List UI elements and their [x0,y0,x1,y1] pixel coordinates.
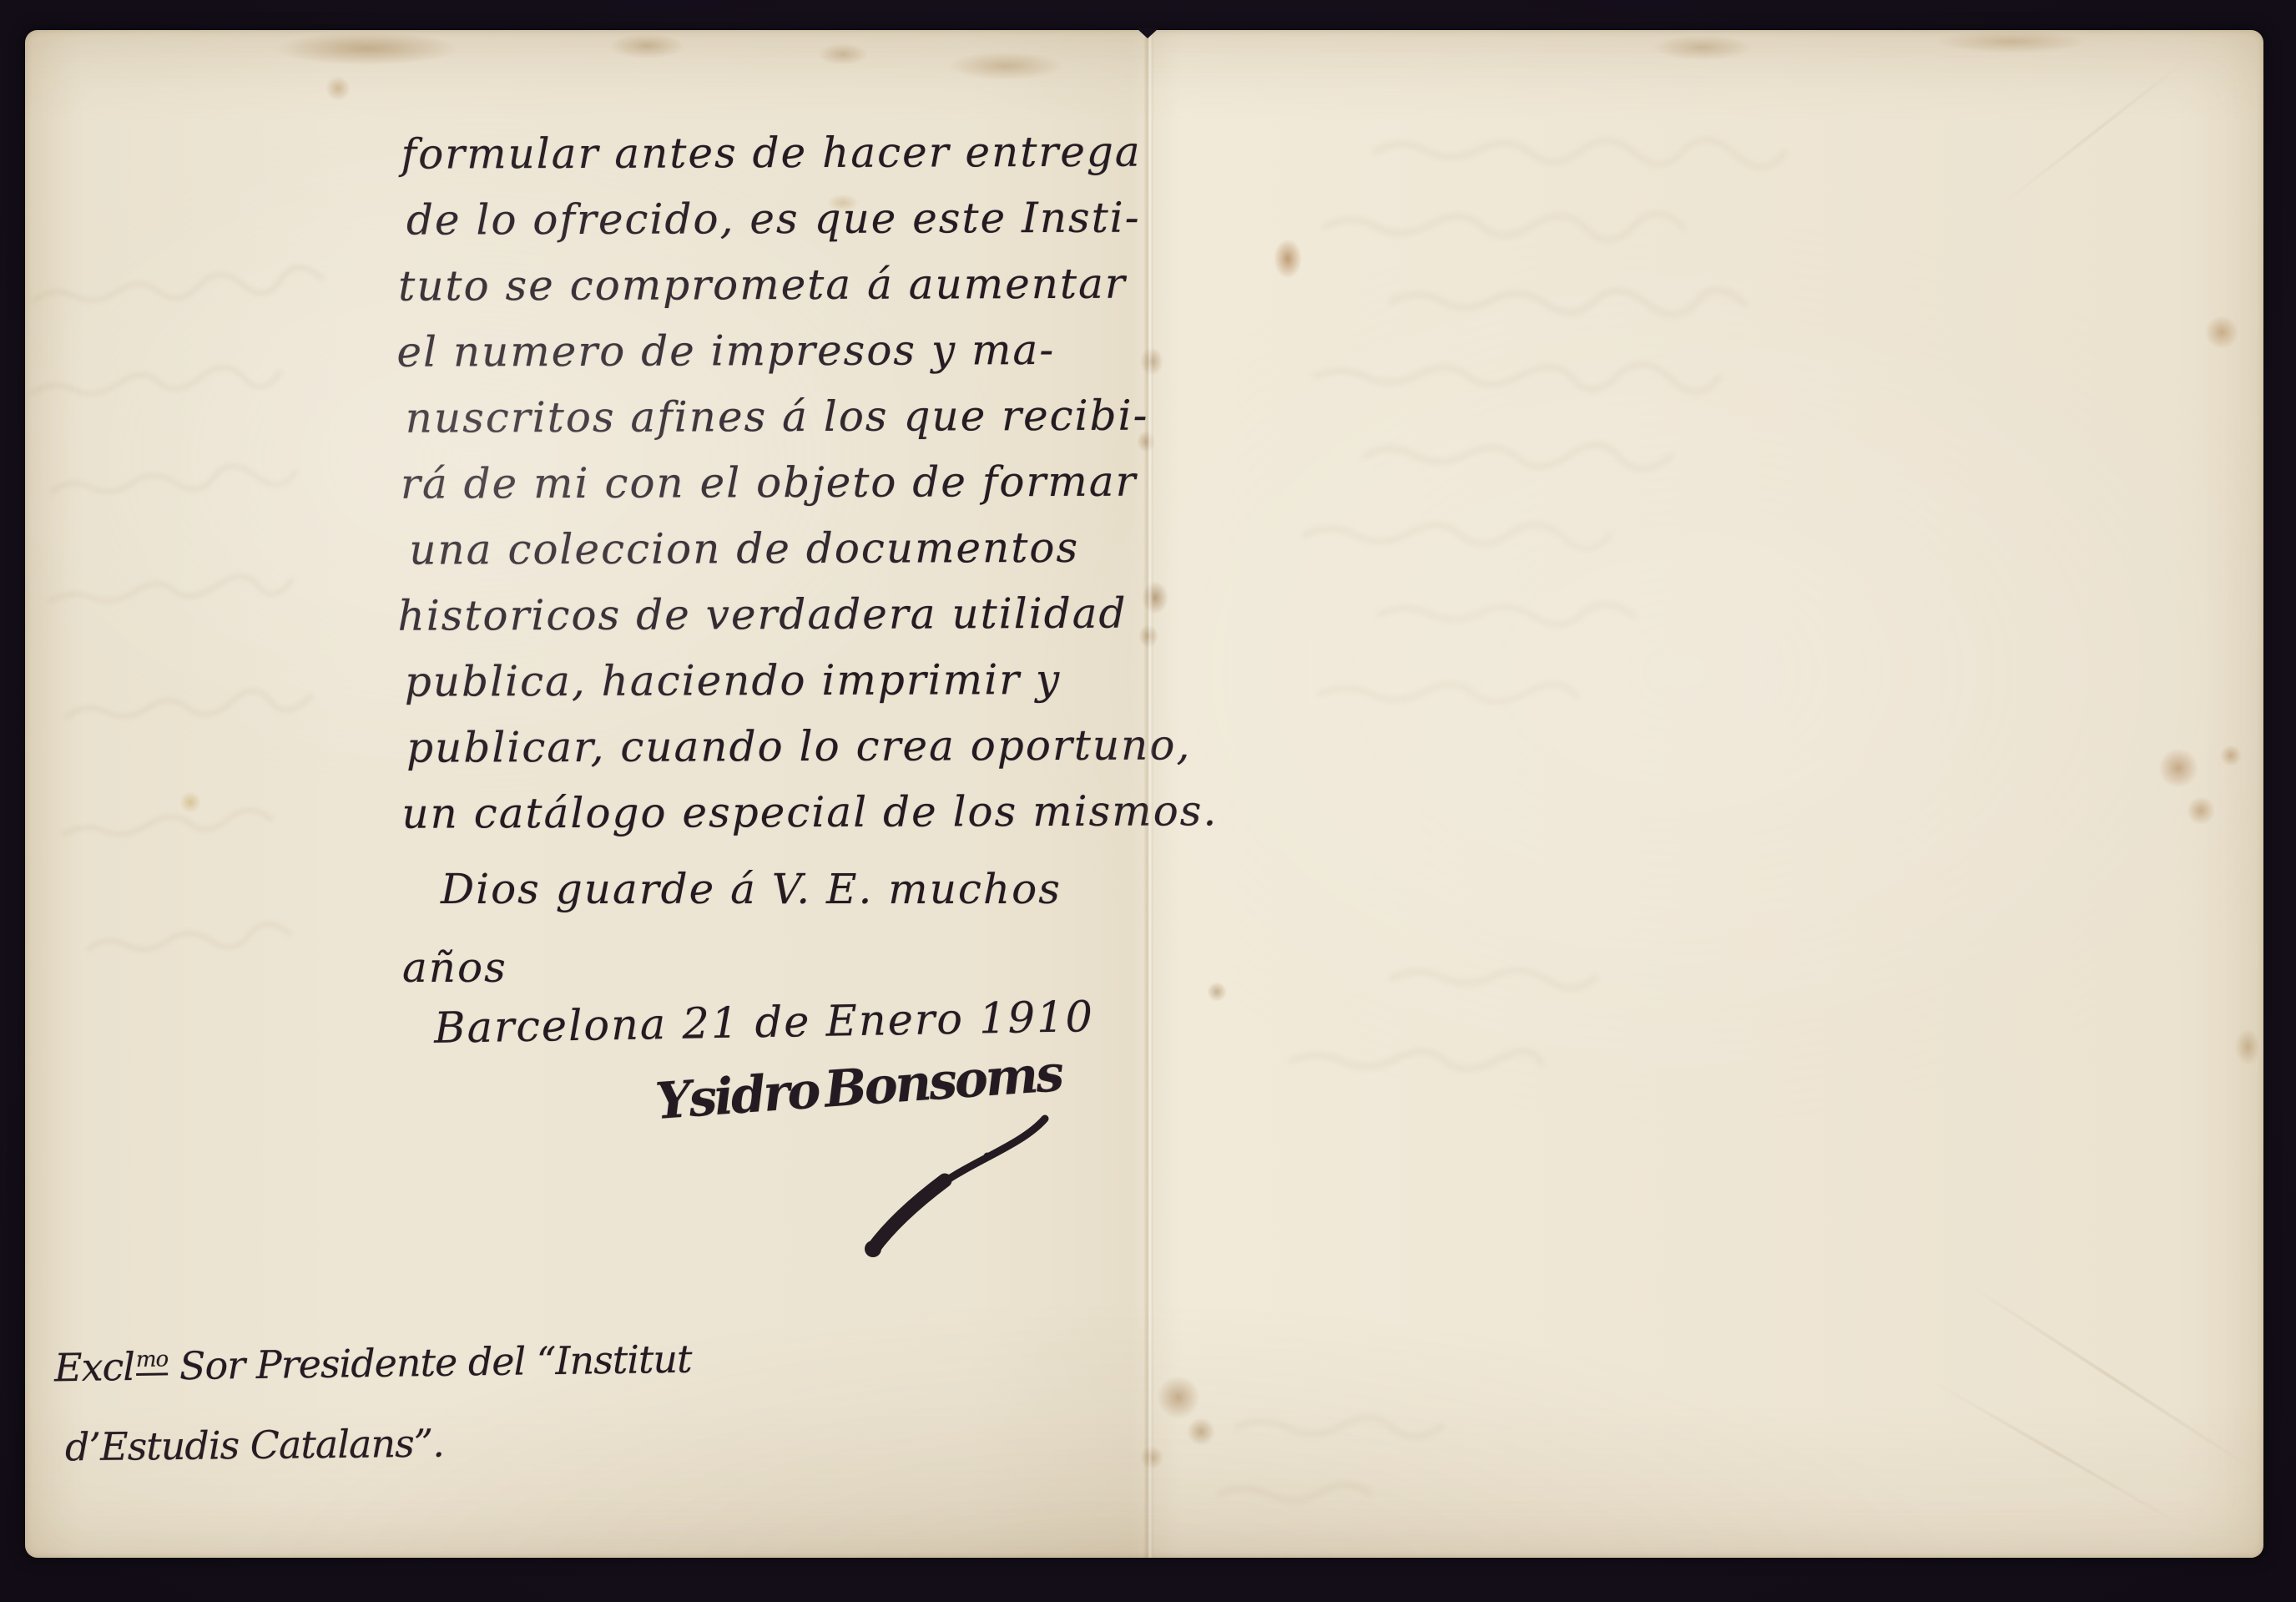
foxing-stain [2235,1028,2260,1065]
foxing-stain [275,32,459,65]
show-through-writing-right [1186,74,2253,1554]
foxing-stain [947,52,1064,80]
letter-sheet: formular antes de hacer entrega de lo of… [25,30,2263,1558]
foxing-stain [325,76,351,101]
foxing-stain [818,43,868,65]
fold-crease [1143,30,1153,1558]
foxing-stain [1936,30,2087,53]
foxing-stain [1653,35,1753,60]
letter-line: de lo ofrecido, es que este Insti- [406,184,1216,253]
paper-crease [1996,53,2195,210]
foxing-stain [1187,1418,1215,1446]
valediction-line: Dios guarde á V. E. muchos [441,865,1062,913]
letter-line: nuscritos afines á los que recibi- [406,382,1217,451]
addressee-line-2: d’Estudis Catalans”. [65,1421,444,1470]
foxing-stain [2220,745,2242,766]
addressee-honorific-superscript: mo [136,1347,169,1376]
letter-line: un catálogo especial de los mismos. [401,778,1218,846]
addressee-title: Sor Presidente del “Institut [168,1337,692,1389]
paper-crease [1964,1281,2259,1474]
foxing-stain [179,791,201,813]
valediction-line-2: años [402,943,507,992]
letter-line: formular antes de hacer entrega [401,119,1215,187]
dateline: Barcelona 21 de Enero 1910 [434,993,1095,1054]
letter-line: una coleccion de documentos [409,514,1217,583]
paper-crease [1922,1374,2184,1527]
scanned-letter-photograph: formular antes de hacer entrega de lo of… [0,0,2296,1602]
foxing-stain [2205,316,2238,349]
letter-line: el numero de impresos y ma- [396,316,1216,385]
letter-body: formular antes de hacer entrega de lo of… [401,119,1218,846]
addressee-honorific: Excl [54,1344,135,1390]
letter-line: historicos de verdadera utilidad [397,580,1217,649]
foxing-stain [1207,982,1227,1002]
foxing-stain [2158,748,2198,788]
addressee-line-1: Exclmo Sor Presidente del “Institut [54,1337,692,1391]
foxing-stain [1274,239,1302,279]
letter-line: rá de mi con el objeto de formar [401,448,1217,517]
foxing-stain [609,33,684,58]
show-through-writing-left [6,227,420,1052]
letter-line: tuto se comprometa á aumentar [398,250,1216,319]
foxing-stain [2187,796,2215,825]
letter-line: publicar, cuando lo crea oportuno, [406,712,1218,781]
letter-line: publica, haciendo imprimir y [405,646,1218,715]
foxing-stain [1157,1376,1200,1419]
signature-flourish [851,1107,1052,1266]
